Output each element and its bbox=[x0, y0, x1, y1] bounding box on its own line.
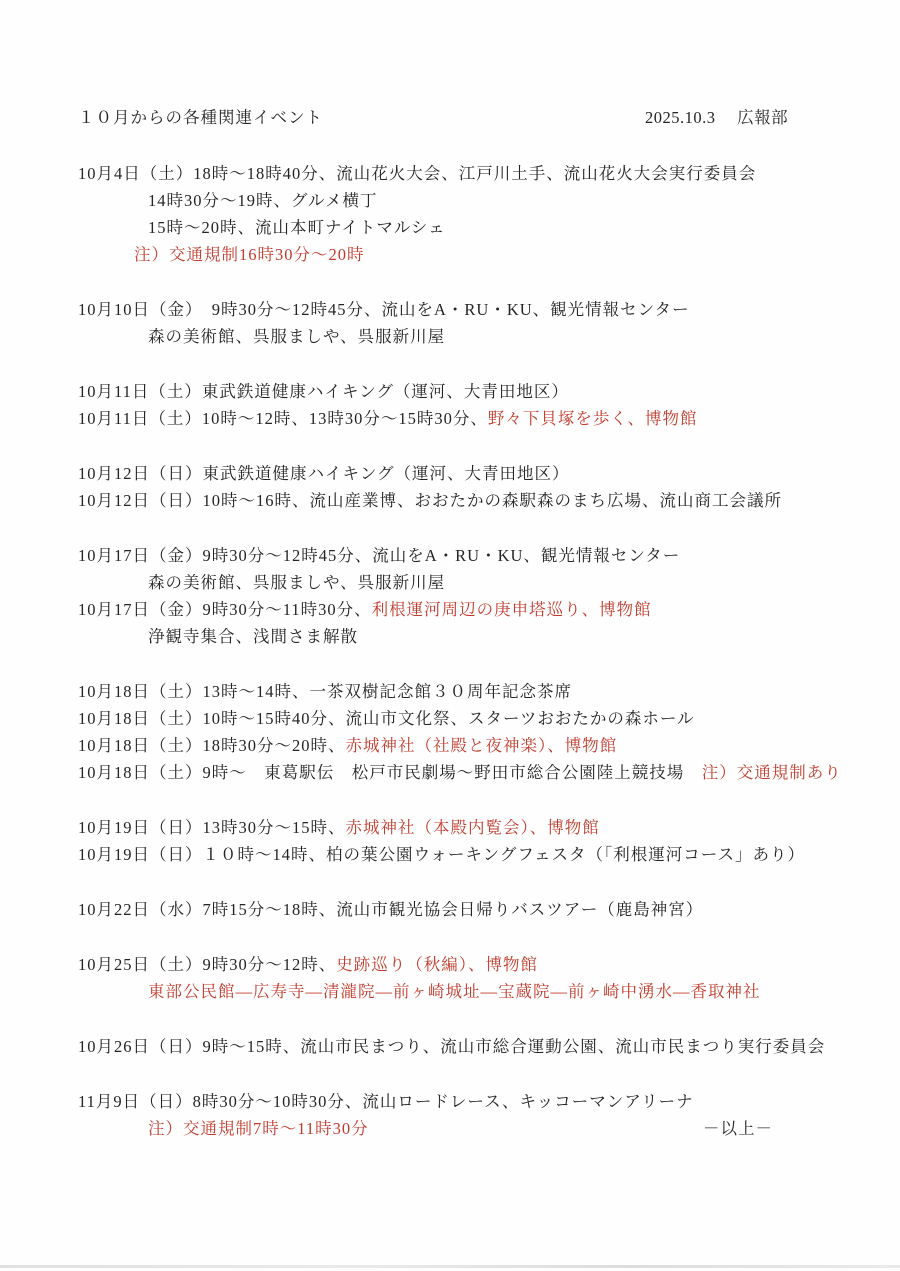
doc-line: 10月4日（土）18時～18時40分、流山花火大会、江戸川土手、流山花火大会実行… bbox=[0, 160, 900, 187]
event-text: 15時～20時、流山本町ナイトマルシェ bbox=[148, 218, 446, 237]
event-text: 10月19日（日）13時30分～15時、 bbox=[78, 818, 346, 837]
red-note-text: 注）交通規制7時～11時30分 bbox=[148, 1119, 369, 1138]
doc-line: 森の美術館、呉服ましや、呉服新川屋 bbox=[0, 323, 900, 350]
doc-line: 10月19日（日）１０時～14時、柏の葉公園ウォーキングフェスタ（「利根運河コー… bbox=[0, 841, 900, 868]
doc-line: 10月26日（日）9時～15時、流山市民まつり、流山市総合運動公園、流山市民まつ… bbox=[0, 1033, 900, 1060]
doc-line: 10月18日（土）13時～14時、一茶双樹記念館３０周年記念茶席 bbox=[0, 678, 900, 705]
event-text: 10月25日（土）9時30分～12時、 bbox=[78, 955, 336, 974]
event-text: 10月17日（金）9時30分～12時45分、流山をA・RU・KU、観光情報センタ… bbox=[78, 546, 680, 565]
doc-line: 15時～20時、流山本町ナイトマルシェ bbox=[0, 214, 900, 241]
red-note-text: 東部公民館―広寿寺―清瀧院―前ヶ崎城址―宝蔵院―前ヶ崎中湧水―香取神社 bbox=[148, 982, 761, 1001]
doc-line: 10月19日（日）13時30分～15時、赤城神社（本殿内覧会）、博物館 bbox=[0, 814, 900, 841]
event-text: 10月11日（土）10時～12時、13時30分～15時30分、 bbox=[78, 409, 488, 428]
event-text: 10月19日（日）１０時～14時、柏の葉公園ウォーキングフェスタ（「利根運河コー… bbox=[78, 845, 805, 864]
doc-line: 森の美術館、呉服ましや、呉服新川屋 bbox=[0, 569, 900, 596]
scanned-document-page: １０月からの各種関連イベント 2025.10.3 広報部 10月4日（土）18時… bbox=[0, 0, 900, 1271]
doc-line: 10月25日（土）9時30分～12時、史跡巡り（秋編）、博物館 bbox=[0, 951, 900, 978]
doc-line: 10月10日（金） 9時30分～12時45分、流山をA・RU・KU、観光情報セン… bbox=[0, 296, 900, 323]
red-note-text: 利根運河周辺の庚申塔巡り、博物館 bbox=[372, 600, 652, 619]
event-text: 10月18日（土）9時～ 東葛駅伝 松戸市民劇場～野田市総合公園陸上競技場 bbox=[78, 763, 702, 782]
red-note-text: 史跡巡り（秋編）、博物館 bbox=[336, 955, 538, 974]
doc-line: 10月18日（土）9時～ 東葛駅伝 松戸市民劇場～野田市総合公園陸上競技場 注）… bbox=[0, 759, 900, 786]
doc-line: 11月9日（日）8時30分～10時30分、流山ロードレース、キッコーマンアリーナ bbox=[0, 1088, 900, 1115]
doc-line: 10月12日（日）10時～16時、流山産業博、おおたかの森駅森のまち広場、流山商… bbox=[0, 487, 900, 514]
document-header: １０月からの各種関連イベント 2025.10.3 広報部 bbox=[0, 104, 900, 130]
event-text: 10月17日（金）9時30分～11時30分、 bbox=[78, 600, 372, 619]
red-note-text: 赤城神社（社殿と夜神楽）、博物館 bbox=[346, 736, 618, 755]
event-text: 10月18日（土）18時30分～20時、 bbox=[78, 736, 346, 755]
doc-line: 10月18日（土）18時30分～20時、赤城神社（社殿と夜神楽）、博物館 bbox=[0, 732, 900, 759]
event-text: 森の美術館、呉服ましや、呉服新川屋 bbox=[148, 327, 445, 346]
doc-line: 10月18日（土）10時～15時40分、流山市文化祭、スターツおおたかの森ホール bbox=[0, 705, 900, 732]
doc-line: 10月11日（土）東武鉄道健康ハイキング（運河、大青田地区） bbox=[0, 378, 900, 405]
doc-line: 10月11日（土）10時～12時、13時30分～15時30分、野々下貝塚を歩く、… bbox=[0, 405, 900, 432]
event-text: 10月10日（金） 9時30分～12時45分、流山をA・RU・KU、観光情報セン… bbox=[78, 300, 690, 319]
event-text: 10月18日（土）10時～15時40分、流山市文化祭、スターツおおたかの森ホール bbox=[78, 709, 695, 728]
event-text: 浄観寺集合、浅間さま解散 bbox=[148, 627, 358, 646]
red-note-text: 注）交通規制あり bbox=[702, 763, 842, 782]
doc-line: 注）交通規制7時～11時30分－以上－ bbox=[0, 1115, 900, 1142]
red-note-text: 赤城神社（本殿内覧会）、博物館 bbox=[346, 818, 600, 837]
event-text: 10月18日（土）13時～14時、一茶双樹記念館３０周年記念茶席 bbox=[78, 682, 572, 701]
doc-line: 10月12日（日）東武鉄道健康ハイキング（運河、大青田地区） bbox=[0, 460, 900, 487]
red-note-text: 注）交通規制16時30分～20時 bbox=[134, 245, 365, 264]
event-list: 10月4日（土）18時～18時40分、流山花火大会、江戸川土手、流山花火大会実行… bbox=[0, 160, 900, 1142]
doc-line: 14時30分～19時、グルメ横丁 bbox=[0, 187, 900, 214]
doc-line: 10月22日（水）7時15分～18時、流山市観光協会日帰りバスツアー（鹿島神宮） bbox=[0, 896, 900, 923]
event-text: 10月4日（土）18時～18時40分、流山花火大会、江戸川土手、流山花火大会実行… bbox=[78, 164, 756, 183]
doc-line: 注）交通規制16時30分～20時 bbox=[0, 241, 900, 268]
event-text: 11月9日（日）8時30分～10時30分、流山ロードレース、キッコーマンアリーナ bbox=[78, 1092, 694, 1111]
event-text: 10月12日（日）10時～16時、流山産業博、おおたかの森駅森のまち広場、流山商… bbox=[78, 491, 782, 510]
doc-line: 浄観寺集合、浅間さま解散 bbox=[0, 623, 900, 650]
doc-line: 東部公民館―広寿寺―清瀧院―前ヶ崎城址―宝蔵院―前ヶ崎中湧水―香取神社 bbox=[0, 978, 900, 1005]
doc-line: 10月17日（金）9時30分～11時30分、利根運河周辺の庚申塔巡り、博物館 bbox=[0, 596, 900, 623]
event-text: 10月12日（日）東武鉄道健康ハイキング（運河、大青田地区） bbox=[78, 464, 570, 483]
closing-mark: －以上－ bbox=[703, 1115, 773, 1142]
event-text: 10月26日（日）9時～15時、流山市民まつり、流山市総合運動公園、流山市民まつ… bbox=[78, 1037, 825, 1056]
event-text: 森の美術館、呉服ましや、呉服新川屋 bbox=[148, 573, 445, 592]
event-text: 10月22日（水）7時15分～18時、流山市観光協会日帰りバスツアー（鹿島神宮） bbox=[78, 900, 703, 919]
event-text: 10月11日（土）東武鉄道健康ハイキング（運河、大青田地区） bbox=[78, 382, 569, 401]
doc-line: 10月17日（金）9時30分～12時45分、流山をA・RU・KU、観光情報センタ… bbox=[0, 542, 900, 569]
red-note-text: 野々下貝塚を歩く、博物館 bbox=[488, 409, 698, 428]
event-text: 14時30分～19時、グルメ横丁 bbox=[148, 191, 378, 210]
document-date-and-dept: 2025.10.3 広報部 bbox=[645, 104, 788, 128]
document-title: １０月からの各種関連イベント bbox=[78, 104, 323, 128]
scan-edge-artifact bbox=[0, 1265, 900, 1268]
